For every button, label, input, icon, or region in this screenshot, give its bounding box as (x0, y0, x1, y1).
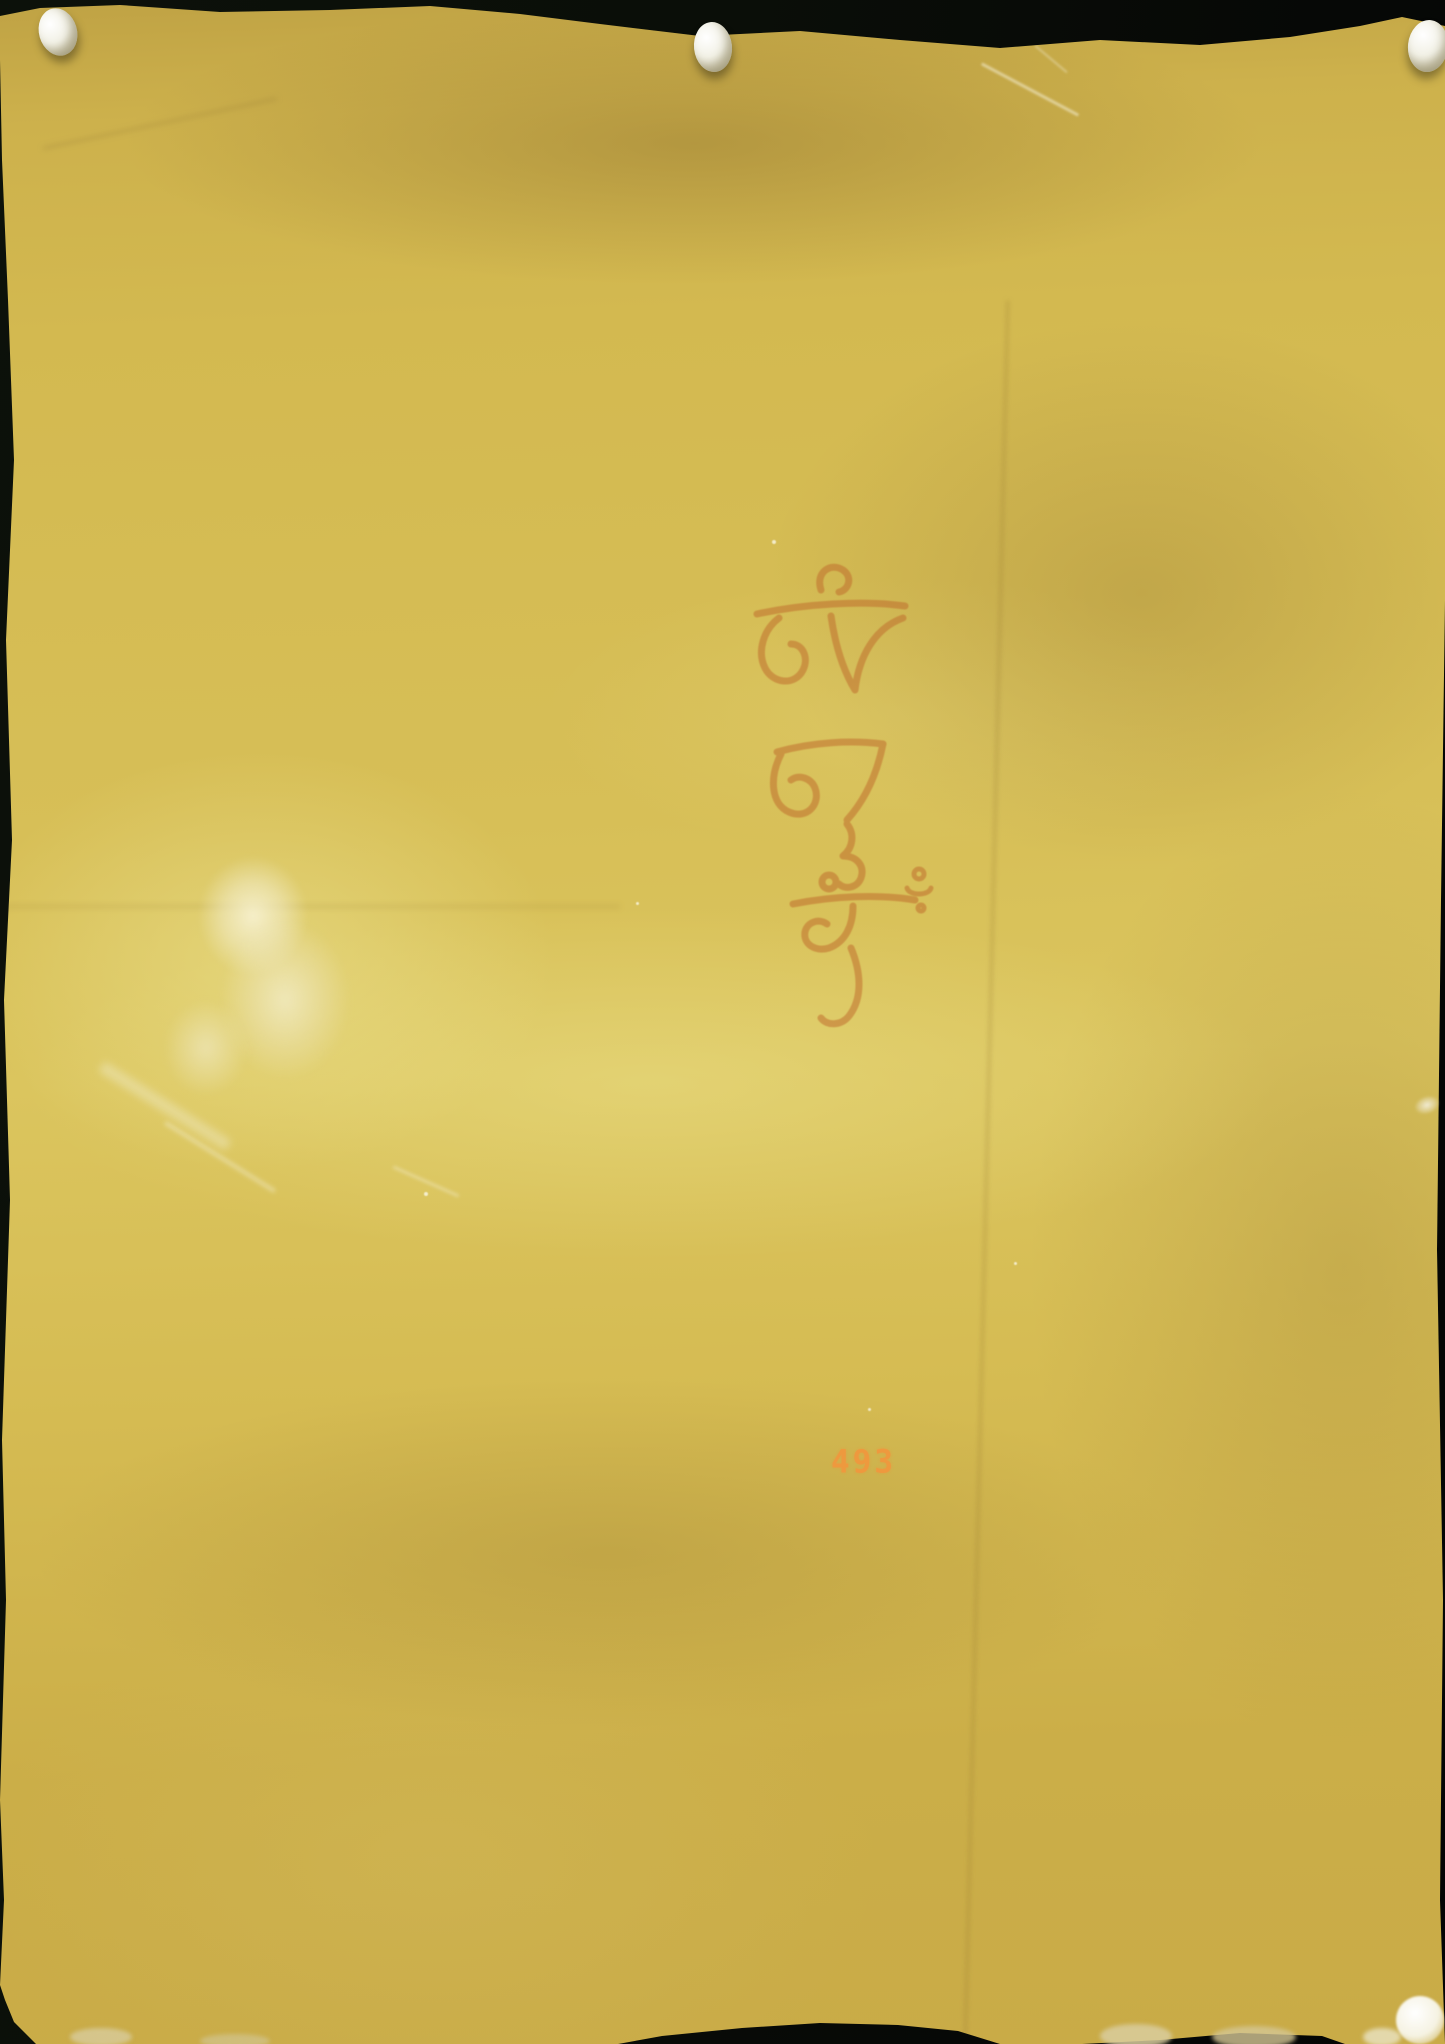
bottom-edge-blob (1212, 2026, 1296, 2044)
tibetan-inscription (733, 552, 963, 1032)
stain-blob (164, 1000, 248, 1096)
tibetan-syllable-om (757, 567, 905, 690)
fold-crease (42, 97, 277, 150)
thangka-canvas-back: 493 (0, 0, 1445, 2044)
speck (772, 540, 776, 544)
bottom-edge-blob (1363, 2028, 1401, 2044)
speck (868, 1408, 871, 1411)
tibetan-side-mark (907, 869, 931, 911)
speck (424, 1192, 428, 1196)
tibetan-syllable-hum (793, 869, 931, 1024)
photo-stage: 493 (0, 0, 1445, 2044)
bottom-edge-blob (1100, 2024, 1172, 2044)
speck (1014, 1262, 1017, 1265)
bottom-edge-blob (200, 2034, 270, 2044)
bottom-right-highlight (1396, 1996, 1444, 2044)
canvas-seam (964, 300, 1010, 2044)
white-stain (150, 850, 410, 1210)
scratch (1034, 45, 1067, 74)
inventory-stamp: 493 (831, 1443, 896, 1480)
speck (636, 902, 639, 905)
bottom-edge-blob (70, 2028, 132, 2044)
tibetan-syllable-ah (773, 742, 883, 887)
